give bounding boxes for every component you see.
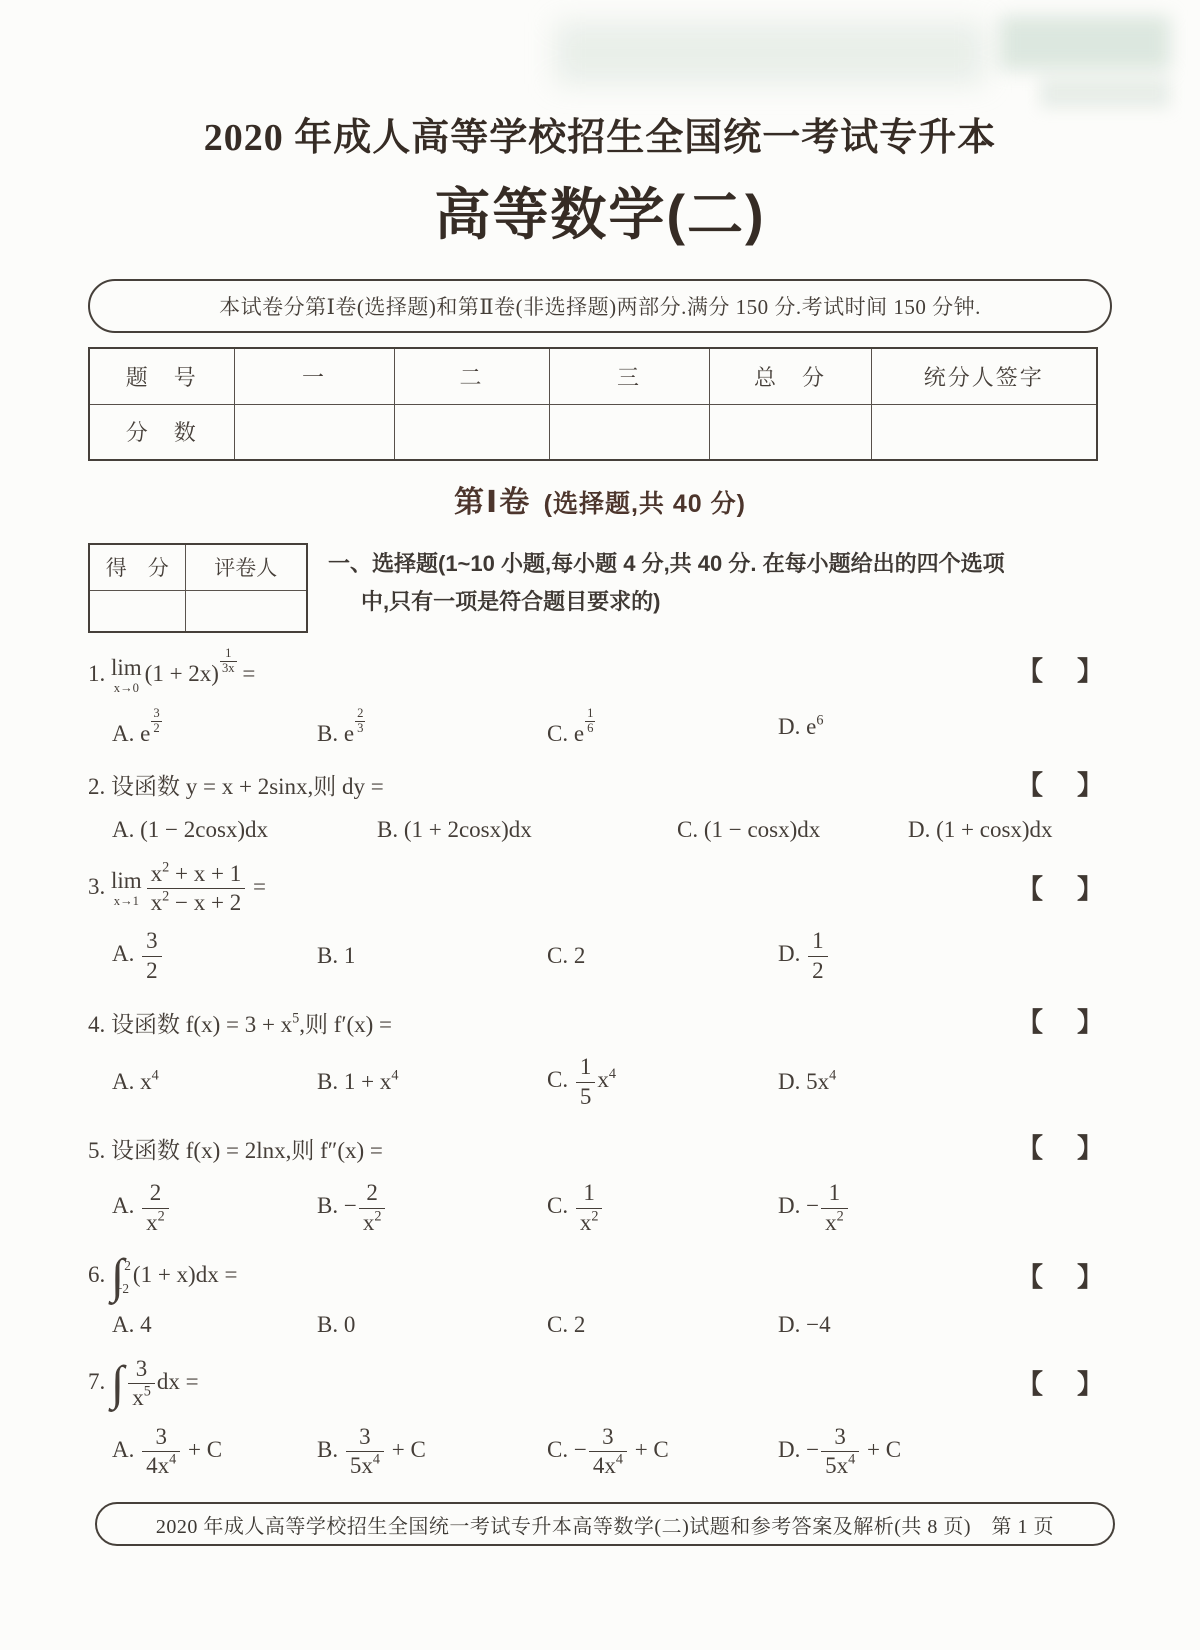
option-d: D. (1 + cosx)dx: [908, 817, 1112, 843]
question-stem: 7. ∫3x5dx =: [88, 1356, 199, 1412]
question-stem: 6. ∫2−2(1 + x)dx =: [88, 1254, 237, 1300]
score-table-score-row: 分 数: [89, 404, 1097, 460]
directions-line2: 中,只有一项是符合题目要求的): [328, 583, 1005, 621]
question-stem: 3. limx→1x2 + x + 1x2 − x + 2 =: [88, 861, 266, 917]
score-table-cell: [871, 404, 1097, 460]
question-list: 1. limx→0(1 + 2x)13x = 【】 A. e32 B. e23 …: [88, 647, 1112, 1480]
bracket-close: 】: [1077, 1262, 1103, 1292]
bracket-open: 【: [1017, 770, 1043, 800]
option-a: A. 34x4 + C: [112, 1424, 317, 1480]
option-a: A. x4: [112, 1069, 317, 1095]
option-c: C. 15x4: [547, 1054, 778, 1110]
option-d: D. −35x4 + C: [778, 1424, 1112, 1480]
option-c: C. e16: [547, 707, 778, 747]
volume-subtitle: (选择题,共 40 分): [544, 490, 746, 518]
exam-page: 2020 年成人高等学校招生全国统一考试专升本 高等数学(二) 本试卷分第Ⅰ卷(…: [0, 0, 1200, 1650]
answer-brackets: 【】: [1017, 1009, 1103, 1035]
score-table-header-cell: 总 分: [709, 348, 871, 404]
bracket-open: 【: [1017, 1369, 1043, 1399]
answer-brackets: 【】: [1017, 876, 1103, 902]
notice-box: 本试卷分第Ⅰ卷(选择题)和第Ⅱ卷(非选择题)两部分.满分 150 分.考试时间 …: [88, 279, 1112, 333]
option-d: D. e6: [778, 714, 1112, 740]
option-c: C. 2: [547, 943, 778, 969]
exam-title-line1: 2020 年成人高等学校招生全国统一考试专升本: [88, 106, 1112, 161]
score-table-cell: [394, 404, 549, 460]
option-c: C. 1x2: [547, 1180, 778, 1236]
page-footer: 2020 年成人高等学校招生全国统一考试专升本高等数学(二)试题和参考答案及解析…: [95, 1502, 1115, 1546]
footer-text: 2020 年成人高等学校招生全国统一考试专升本高等数学(二)试题和参考答案及解析…: [156, 1510, 1054, 1539]
answer-brackets: 【】: [1017, 1135, 1103, 1161]
option-a: A. 2x2: [112, 1180, 317, 1236]
page-content: 2020 年成人高等学校招生全国统一考试专升本 高等数学(二) 本试卷分第Ⅰ卷(…: [0, 0, 1200, 1498]
grading-box: 得 分 评卷人: [88, 543, 308, 633]
directions: 一、选择题(1~10 小题,每小题 4 分,共 40 分. 在每小题给出的四个选…: [328, 543, 1005, 621]
question-stem: 5. 设函数 f(x) = 2lnx,则 f″(x) =: [88, 1132, 383, 1165]
score-cell: [89, 590, 185, 632]
option-a: A. e32: [112, 707, 317, 747]
bracket-open: 【: [1017, 656, 1043, 686]
directions-line1: 一、选择题(1~10 小题,每小题 4 分,共 40 分. 在每小题给出的四个选…: [328, 545, 1005, 583]
option-b: B. 1: [317, 943, 547, 969]
bracket-open: 【: [1017, 874, 1043, 904]
answer-brackets: 【】: [1017, 658, 1103, 684]
option-d: D. −1x2: [778, 1180, 1112, 1236]
option-a: A. 32: [112, 928, 317, 984]
bracket-close: 】: [1077, 770, 1103, 800]
option-b: B. (1 + 2cosx)dx: [377, 817, 677, 843]
score-table-cell: [549, 404, 709, 460]
score-summary-table: 题 号 一 二 三 总 分 统分人签字 分 数: [88, 347, 1098, 461]
option-b: B. 0: [317, 1312, 547, 1338]
option-c: C. −34x4 + C: [547, 1424, 778, 1480]
bracket-close: 】: [1077, 1007, 1103, 1037]
score-table-header-cell: 题 号: [89, 348, 234, 404]
score-table-cell: [234, 404, 394, 460]
question-7: 7. ∫3x5dx = 【】 A. 34x4 + C B. 35x4 + C C…: [88, 1356, 1112, 1480]
bracket-close: 】: [1077, 874, 1103, 904]
option-a: A. 4: [112, 1312, 317, 1338]
option-b: B. 1 + x4: [317, 1069, 547, 1095]
bracket-close: 】: [1077, 656, 1103, 686]
bracket-open: 【: [1017, 1007, 1043, 1037]
option-d: D. 12: [778, 928, 1112, 984]
question-1: 1. limx→0(1 + 2x)13x = 【】 A. e32 B. e23 …: [88, 647, 1112, 747]
option-d: D. −4: [778, 1312, 1112, 1338]
volume-heading: 第Ⅰ卷 (选择题,共 40 分): [88, 477, 1112, 521]
notice-text: 本试卷分第Ⅰ卷(选择题)和第Ⅱ卷(非选择题)两部分.满分 150 分.考试时间 …: [219, 291, 981, 321]
grader-cell: [185, 590, 307, 632]
question-4: 4. 设函数 f(x) = 3 + x5,则 f′(x) = 【】 A. x4 …: [88, 1002, 1112, 1110]
exam-title-line2: 高等数学(二): [88, 171, 1112, 251]
answer-brackets: 【】: [1017, 772, 1103, 798]
question-3: 3. limx→1x2 + x + 1x2 − x + 2 = 【】 A. 32…: [88, 861, 1112, 985]
score-table-header-row: 题 号 一 二 三 总 分 统分人签字: [89, 348, 1097, 404]
score-table-cell: [709, 404, 871, 460]
score-table-header-cell: 一: [234, 348, 394, 404]
answer-brackets: 【】: [1017, 1371, 1103, 1397]
score-table-row-label: 分 数: [89, 404, 234, 460]
option-a: A. (1 − 2cosx)dx: [112, 817, 377, 843]
question-stem: 4. 设函数 f(x) = 3 + x5,则 f′(x) =: [88, 1006, 392, 1039]
question-5: 5. 设函数 f(x) = 2lnx,则 f″(x) = 【】 A. 2x2 B…: [88, 1128, 1112, 1236]
option-b: B. 35x4 + C: [317, 1424, 547, 1480]
option-b: B. −2x2: [317, 1180, 547, 1236]
option-b: B. e23: [317, 707, 547, 747]
answer-brackets: 【】: [1017, 1264, 1103, 1290]
score-label: 得 分: [89, 544, 185, 590]
score-table-header-cell: 三: [549, 348, 709, 404]
option-c: C. 2: [547, 1312, 778, 1338]
bracket-close: 】: [1077, 1369, 1103, 1399]
question-stem: 2. 设函数 y = x + 2sinx,则 dy =: [88, 768, 384, 801]
question-stem: 1. limx→0(1 + 2x)13x =: [88, 647, 255, 695]
question-6: 6. ∫2−2(1 + x)dx = 【】 A. 4 B. 0 C. 2 D. …: [88, 1254, 1112, 1338]
score-table-header-cell: 统分人签字: [871, 348, 1097, 404]
grader-label: 评卷人: [185, 544, 307, 590]
bracket-open: 【: [1017, 1133, 1043, 1163]
grading-directions-row: 得 分 评卷人 一、选择题(1~10 小题,每小题 4 分,共 40 分. 在每…: [88, 543, 1112, 633]
bracket-close: 】: [1077, 1133, 1103, 1163]
option-c: C. (1 − cosx)dx: [677, 817, 908, 843]
question-2: 2. 设函数 y = x + 2sinx,则 dy = 【】 A. (1 − 2…: [88, 765, 1112, 843]
bracket-open: 【: [1017, 1262, 1043, 1292]
score-table-header-cell: 二: [394, 348, 549, 404]
option-d: D. 5x4: [778, 1069, 1112, 1095]
volume-title: 第Ⅰ卷: [454, 486, 531, 519]
